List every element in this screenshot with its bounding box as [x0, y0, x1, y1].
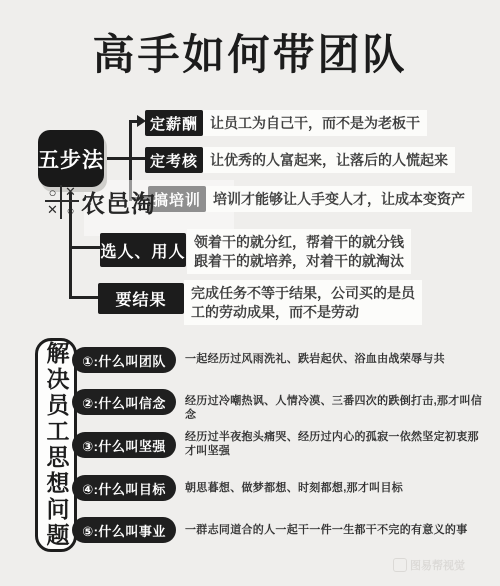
logo-cell: ○ [62, 202, 79, 219]
mindset-title: 解决员工思想问题 [45, 341, 68, 549]
logo-cell: ○ [45, 185, 62, 202]
connector-stub-row4 [69, 246, 100, 249]
step-desc-training: 培训才能够让人手变人才，让成本变资产 [206, 186, 472, 212]
mindset-pill-strength: ③:什么叫坚强 [72, 432, 176, 458]
page-title: 高手如何带团队 [0, 22, 500, 82]
corner-watermark-logo-icon [393, 558, 407, 572]
step-label-training: 搞培训 [148, 186, 206, 212]
mindset-pill-team: ①:什么叫团队 [72, 347, 176, 373]
step-label-text: 搞培训 [153, 189, 201, 210]
mindset-pill-career: ⑤:什么叫事业 [72, 517, 176, 543]
step-label-results: 要结果 [98, 283, 184, 314]
brand-name: 农邑淘 [81, 184, 156, 219]
step-label-text: 要结果 [115, 287, 166, 310]
step-desc-salary: 让员工为自己干，而不是为老板干 [203, 110, 427, 136]
infographic-canvas: 高手如何带团队 五步法 定薪酬 让员工为自己干，而不是为老板干 定考核 让优秀的… [0, 0, 500, 586]
brand-logo-icon: ○ ✕ ✕ ○ [45, 185, 79, 219]
mindset-title-box: 解决员工思想问题 [35, 338, 77, 552]
pill-text: ③:什么叫坚强 [82, 436, 166, 455]
mindset-desc-career: 一群志同道合的人一起干一件一生都干不完的有意义的事 [185, 523, 490, 537]
mindset-pill-goal: ④:什么叫目标 [72, 475, 176, 501]
logo-cell: ✕ [45, 202, 62, 219]
mindset-pill-belief: ②:什么叫信念 [72, 389, 176, 415]
mindset-desc-team: 一起经历过风雨洗礼、跌岩起伏、浴血由战荣辱与共 [185, 352, 490, 366]
step-label-text: 定薪酬 [150, 113, 198, 134]
pill-text: ④:什么叫目标 [82, 479, 166, 498]
corner-watermark-text: 图易帮视觉 [410, 557, 465, 573]
step-desc-results: 完成任务不等于结果，公司买的是员 工的劳动成果，而不是劳动 [184, 280, 422, 325]
mindset-desc-belief: 经历过冷嘲热讽、人情冷漠、三番四次的跌倒打击,那才叫信念 [185, 394, 490, 422]
pill-text: ①:什么叫团队 [82, 351, 166, 370]
five-steps-title: 五步法 [38, 144, 104, 174]
step-label-text: 定考核 [150, 150, 198, 171]
pill-text: ②:什么叫信念 [82, 393, 166, 412]
step-desc-assessment: 让优秀的人富起来，让落后的人慌起来 [203, 147, 455, 173]
step-label-people: 选人、用人 [100, 233, 186, 267]
logo-cell: ✕ [62, 185, 79, 202]
mindset-desc-strength: 经历过半夜抱头痛哭、经历过内心的孤寂一依然坚定初衷那 才叫坚强 [185, 430, 490, 458]
watermark-brand: ○ ✕ ✕ ○ 农邑淘 [45, 184, 156, 219]
connector-hline-main [104, 157, 145, 160]
step-label-assessment: 定考核 [145, 147, 203, 173]
step-label-text: 选人、用人 [100, 239, 185, 262]
step-desc-people: 领着干的就分红，帮着干的就分钱 跟着干的就培养，对着干的就淘汰 [187, 229, 411, 274]
corner-watermark: 图易帮视觉 [393, 557, 465, 573]
step-label-salary: 定薪酬 [145, 110, 203, 136]
five-steps-title-box: 五步法 [38, 130, 104, 187]
mindset-desc-goal: 朝思暮想、做梦都想、时刻都想,那才叫目标 [185, 481, 490, 495]
connector-stub-row5 [69, 296, 98, 299]
pill-text: ⑤:什么叫事业 [82, 521, 166, 540]
